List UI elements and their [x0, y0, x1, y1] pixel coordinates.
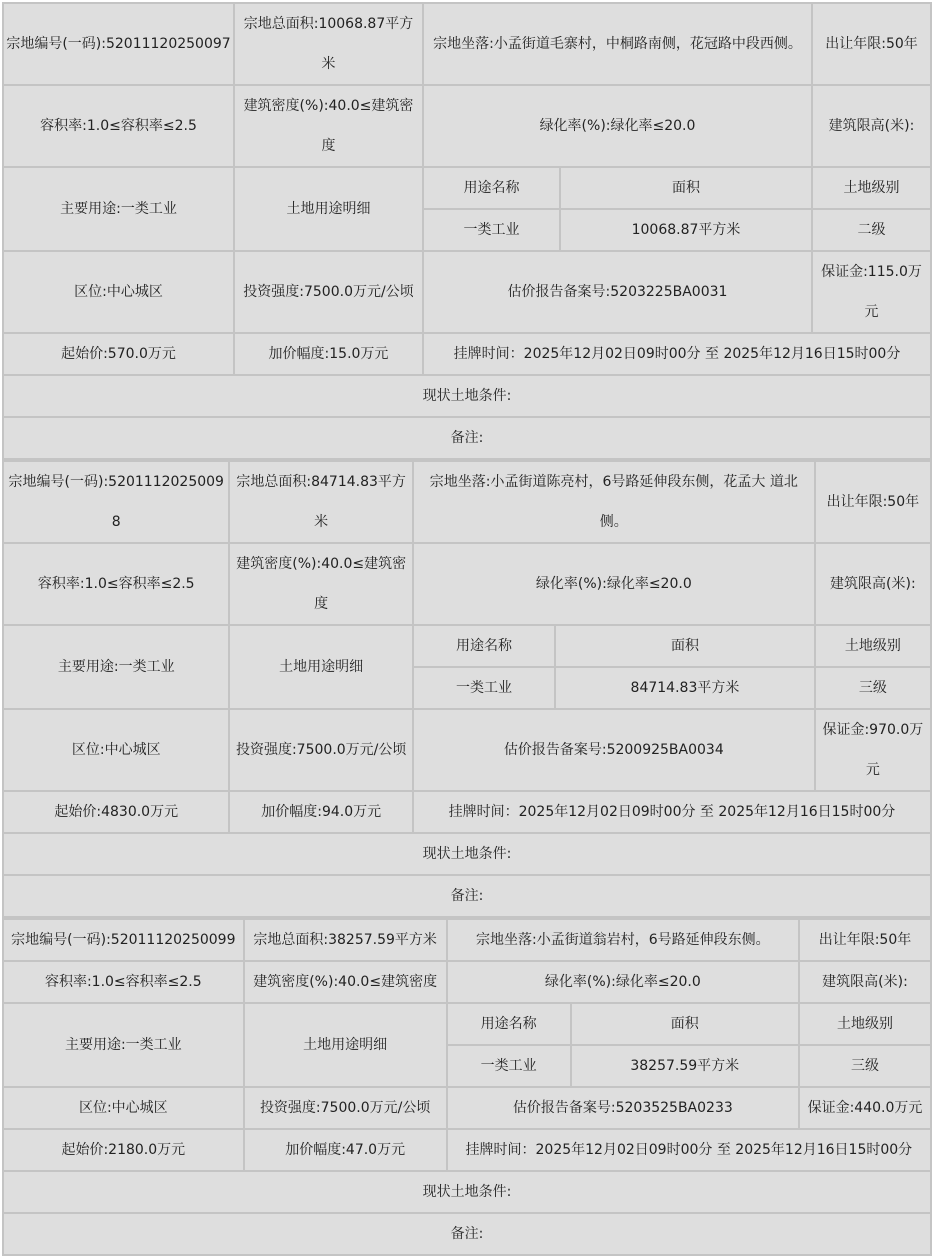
zone: 区位:中心城区 — [4, 710, 228, 790]
listing-time: 挂牌时间：2025年12月02日09时00分 至 2025年12月16日15时0… — [448, 1130, 930, 1170]
parcel-code: 宗地编号(一码):52011120250097 — [4, 4, 233, 84]
height-limit: 建筑限高(米): — [813, 86, 930, 166]
parcel-table: 宗地编号(一码):52011120250098 宗地总面积:84714.83平方… — [2, 460, 932, 918]
use-row-name: 一类工业 — [448, 1046, 570, 1086]
use-detail-label: 土地用途明细 — [235, 168, 422, 250]
deposit: 保证金:440.0万元 — [800, 1088, 930, 1128]
total-area: 宗地总面积:10068.87平方米 — [235, 4, 422, 84]
main-use: 主要用途:一类工业 — [4, 626, 228, 708]
use-header-name: 用途名称 — [424, 168, 559, 208]
total-area: 宗地总面积:84714.83平方米 — [230, 462, 411, 542]
use-row-grade: 三级 — [800, 1046, 930, 1086]
plot-ratio: 容积率:1.0≤容积率≤2.5 — [4, 544, 228, 624]
use-header-area: 面积 — [572, 1004, 798, 1044]
listing-time: 挂牌时间：2025年12月02日09时00分 至 2025年12月16日15时0… — [414, 792, 930, 832]
current-land-condition: 现状土地条件: — [4, 834, 930, 874]
appraisal-number: 估价报告备案号:5203525BA0233 — [448, 1088, 798, 1128]
use-header-area: 面积 — [556, 626, 814, 666]
parcel-code: 宗地编号(一码):52011120250098 — [4, 462, 228, 542]
building-density: 建筑密度(%):40.0≤建筑密度 — [245, 962, 446, 1002]
use-header-grade: 土地级别 — [813, 168, 930, 208]
greening-rate: 绿化率(%):绿化率≤20.0 — [448, 962, 798, 1002]
zone: 区位:中心城区 — [4, 1088, 243, 1128]
use-row-area: 10068.87平方米 — [561, 210, 811, 250]
use-detail-label: 土地用途明细 — [230, 626, 411, 708]
lease-term: 出让年限:50年 — [816, 462, 930, 542]
investment-intensity: 投资强度:7500.0万元/公顷 — [230, 710, 411, 790]
building-density: 建筑密度(%):40.0≤建筑密度 — [235, 86, 422, 166]
current-land-condition: 现状土地条件: — [4, 1172, 930, 1212]
listing-time: 挂牌时间：2025年12月02日09时00分 至 2025年12月16日15时0… — [424, 334, 930, 374]
use-row-grade: 二级 — [813, 210, 930, 250]
bid-increment: 加价幅度:47.0万元 — [245, 1130, 446, 1170]
greening-rate: 绿化率(%):绿化率≤20.0 — [424, 86, 811, 166]
height-limit: 建筑限高(米): — [816, 544, 930, 624]
use-header-name: 用途名称 — [414, 626, 554, 666]
use-header-grade: 土地级别 — [816, 626, 930, 666]
use-row-name: 一类工业 — [424, 210, 559, 250]
height-limit: 建筑限高(米): — [800, 962, 930, 1002]
location: 宗地坐落:小孟街道陈亮村，6号路延伸段东侧，花孟大 道北侧。 — [414, 462, 814, 542]
parcel-code: 宗地编号(一码):52011120250099 — [4, 920, 243, 960]
start-price: 起始价:570.0万元 — [4, 334, 233, 374]
bid-increment: 加价幅度:15.0万元 — [235, 334, 422, 374]
investment-intensity: 投资强度:7500.0万元/公顷 — [235, 252, 422, 332]
use-row-name: 一类工业 — [414, 668, 554, 708]
deposit: 保证金:970.0万元 — [816, 710, 930, 790]
remarks: 备注: — [4, 418, 930, 458]
location: 宗地坐落:小孟街道翁岩村，6号路延伸段东侧。 — [448, 920, 798, 960]
building-density: 建筑密度(%):40.0≤建筑密度 — [230, 544, 411, 624]
start-price: 起始价:2180.0万元 — [4, 1130, 243, 1170]
use-header-area: 面积 — [561, 168, 811, 208]
lease-term: 出让年限:50年 — [800, 920, 930, 960]
use-row-area: 38257.59平方米 — [572, 1046, 798, 1086]
greening-rate: 绿化率(%):绿化率≤20.0 — [414, 544, 814, 624]
appraisal-number: 估价报告备案号:5203225BA0031 — [424, 252, 811, 332]
parcel-table: 宗地编号(一码):52011120250099 宗地总面积:38257.59平方… — [2, 918, 932, 1220]
use-row-grade: 三级 — [816, 668, 930, 708]
plot-ratio: 容积率:1.0≤容积率≤2.5 — [4, 86, 233, 166]
zone: 区位:中心城区 — [4, 252, 233, 332]
remarks: 备注: — [4, 876, 930, 916]
remarks: 备注: — [4, 1214, 930, 1220]
use-row-area: 84714.83平方米 — [556, 668, 814, 708]
bid-increment: 加价幅度:94.0万元 — [230, 792, 411, 832]
current-land-condition: 现状土地条件: — [4, 376, 930, 416]
deposit: 保证金:115.0万元 — [813, 252, 930, 332]
use-detail-label: 土地用途明细 — [245, 1004, 446, 1086]
plot-ratio: 容积率:1.0≤容积率≤2.5 — [4, 962, 243, 1002]
start-price: 起始价:4830.0万元 — [4, 792, 228, 832]
parcel-table: 宗地编号(一码):52011120250097 宗地总面积:10068.87平方… — [2, 2, 932, 460]
total-area: 宗地总面积:38257.59平方米 — [245, 920, 446, 960]
location: 宗地坐落:小孟街道毛寨村，中桐路南侧，花冠路中段西侧。 — [424, 4, 811, 84]
use-header-grade: 土地级别 — [800, 1004, 930, 1044]
appraisal-number: 估价报告备案号:5200925BA0034 — [414, 710, 814, 790]
lease-term: 出让年限:50年 — [813, 4, 930, 84]
main-use: 主要用途:一类工业 — [4, 168, 233, 250]
main-use: 主要用途:一类工业 — [4, 1004, 243, 1086]
parcel-list: 宗地编号(一码):52011120250097 宗地总面积:10068.87平方… — [2, 2, 932, 1220]
investment-intensity: 投资强度:7500.0万元/公顷 — [245, 1088, 446, 1128]
use-header-name: 用途名称 — [448, 1004, 570, 1044]
